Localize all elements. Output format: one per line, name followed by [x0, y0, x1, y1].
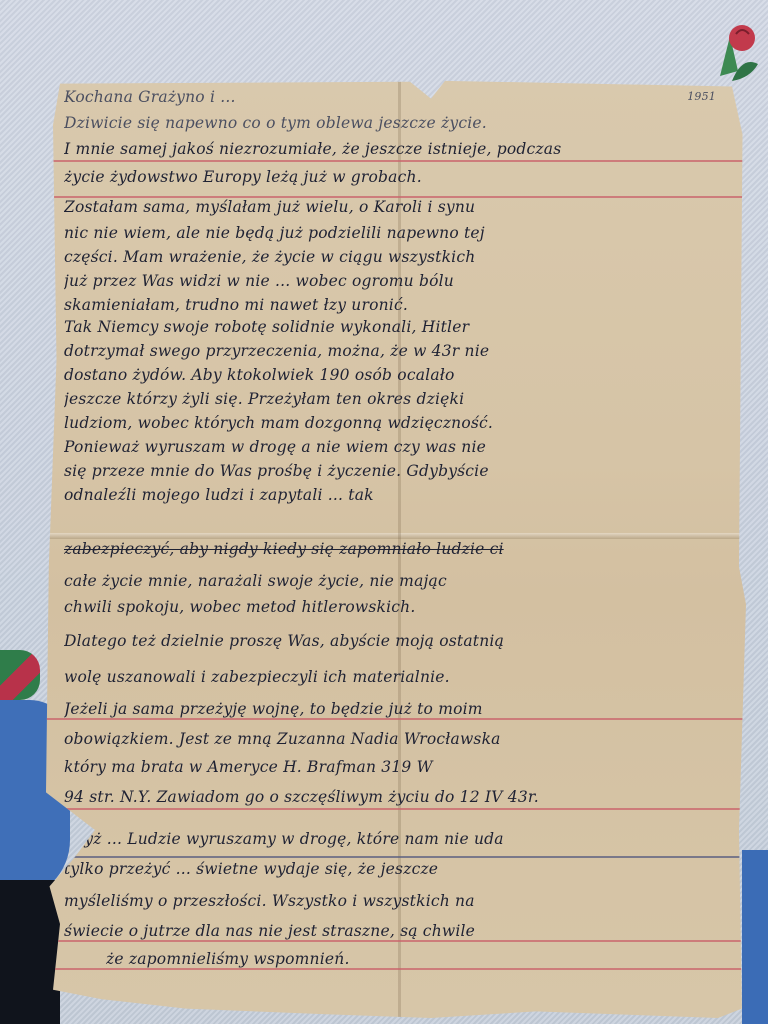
ruled-line — [46, 856, 746, 858]
letter-line-struck: zabezpieczyć, aby nigdy kiedy się zapomn… — [64, 540, 732, 558]
dark-shadow-corner — [0, 880, 60, 1024]
letter-line: skamieniałam, trudno mi nawet łzy uronić… — [64, 296, 732, 314]
letter-line: myśleliśmy o przeszłości. Wszystko i wsz… — [64, 892, 732, 910]
letter-line: się przeze mnie do Was prośbę i życzenie… — [64, 462, 732, 480]
letter-line: chwili spokoju, wobec metod hitlerowskic… — [64, 598, 732, 616]
letter-line: dostano żydów. Aby ktokolwiek 190 osób o… — [64, 366, 732, 384]
letter-line: życie żydowstwo Europy leżą już w grobac… — [64, 168, 732, 186]
letter-line: odnaleźli mojego ludzi i zapytali ... ta… — [64, 486, 732, 504]
letter-line: że zapomnieliśmy wspomnień. — [106, 950, 732, 968]
letter-line: Tak Niemcy swoje robotę solidnie wykonal… — [64, 318, 732, 336]
letter-paper: 1951 Kochana Grażyno i ... Dziwicie się … — [46, 78, 746, 1018]
letter-line: ludziom, wobec których mam dozgonną wdzi… — [64, 414, 732, 432]
letter-line: jeszcze którzy żyli się. Przeżyłam ten o… — [64, 390, 732, 408]
letter-line: 94 str. N.Y. Zawiadom go o szczęśliwym ż… — [64, 788, 732, 806]
letter-line: tylko przeżyć ... świetne wydaje się, że… — [64, 860, 732, 878]
ruled-line — [46, 718, 746, 720]
letter-line: Ponieważ wyruszam w drogę a nie wiem czy… — [64, 438, 732, 456]
letter-line: obowiązkiem. Jest ze mną Zuzanna Nadia W… — [64, 730, 732, 748]
ruled-line — [46, 160, 746, 162]
letter-line: Dlatego też dzielnie proszę Was, abyście… — [64, 632, 732, 650]
letter-line: już przez Was widzi w nie ... wobec ogro… — [64, 272, 732, 290]
fold-crease-horizontal — [46, 533, 746, 539]
letter-line: świecie o jutrze dla nas nie jest strasz… — [64, 922, 732, 940]
letter-line: dotrzymał swego przyrzeczenia, można, że… — [64, 342, 732, 360]
embroidery-motif-left — [0, 650, 40, 700]
ruled-line — [46, 808, 746, 810]
letter-line: który ma brata w Ameryce H. Brafman 319 … — [64, 758, 732, 776]
embroidered-rose-icon — [712, 16, 762, 86]
letter-line: całe życie mnie, narażali swoje życie, n… — [64, 572, 732, 590]
letter-line: Kochana Grażyno i ... — [64, 88, 732, 106]
letter-line: części. Mam wrażenie, że życie w ciągu w… — [64, 248, 732, 266]
letter-line: Jeżeli ja sama przeżyję wojnę, to będzie… — [64, 700, 732, 718]
letter-line: I mnie samej jakoś niezrozumiałe, że jes… — [64, 140, 732, 158]
letter-line: Zostałam sama, myślałam już wielu, o Kar… — [64, 198, 732, 216]
ruled-line — [46, 940, 746, 942]
letter-line: wolę uszanowali i zabezpieczyli ich mate… — [64, 668, 732, 686]
blue-fabric-patch-right — [742, 850, 768, 1024]
ruled-line — [46, 968, 746, 970]
letter-line: nic nie wiem, ale nie będą już podzielil… — [64, 224, 732, 242]
letter-line: Dziwicie się napewno co o tym oblewa jes… — [64, 114, 732, 132]
letter-line: gdyż ... Ludzie wyruszamy w drogę, które… — [64, 830, 732, 848]
